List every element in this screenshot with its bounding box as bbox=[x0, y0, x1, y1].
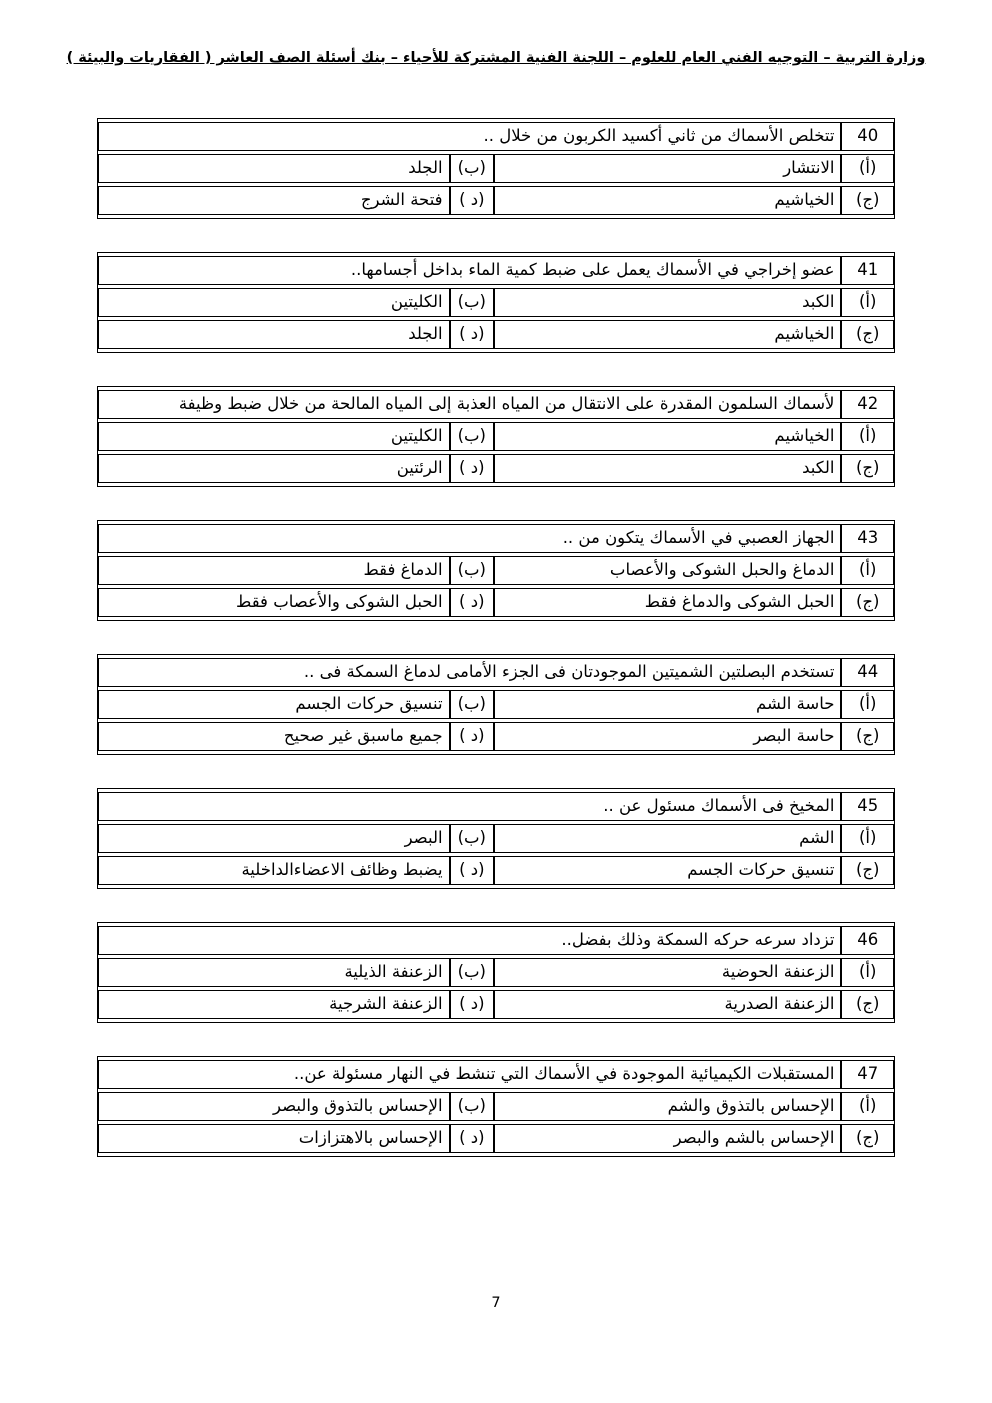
choice-letter-a: (أ) bbox=[841, 422, 894, 451]
choice-letter-d: (د ) bbox=[450, 186, 494, 215]
choices-row: (ج) تنسيق حركات الجسم (د ) يضبط وظائف ال… bbox=[98, 856, 894, 885]
question-number: 40 bbox=[841, 122, 894, 151]
choice-letter-c: (ج) bbox=[841, 454, 894, 483]
choices-row: (ج) الزعنفة الصدرية (د ) الزعنفة الشرجية bbox=[98, 990, 894, 1019]
choice-letter-c: (ج) bbox=[841, 320, 894, 349]
choice-letter-a: (أ) bbox=[841, 958, 894, 987]
choice-text-c: الإحساس بالشم والبصر bbox=[494, 1124, 841, 1153]
choice-text-b: الكليتين bbox=[98, 288, 450, 317]
choice-text-c: الزعنفة الصدرية bbox=[494, 990, 841, 1019]
choices-row: (أ) الكبد (ب) الكليتين bbox=[98, 288, 894, 317]
choice-letter-b: (ب) bbox=[450, 556, 494, 585]
choice-text-c: تنسيق حركات الجسم bbox=[494, 856, 841, 885]
choices-row: (أ) الشم (ب) البصر bbox=[98, 824, 894, 853]
choice-text-d: الإحساس بالاهتزازات bbox=[98, 1124, 450, 1153]
choice-letter-a: (أ) bbox=[841, 556, 894, 585]
document-page: وزارة التربية – التوجيه الفني العام للعل… bbox=[0, 0, 992, 1403]
choice-letter-d: (د ) bbox=[450, 454, 494, 483]
question-text: المستقبلات الكيميائية الموجودة في الأسما… bbox=[98, 1060, 841, 1089]
choice-letter-c: (ج) bbox=[841, 1124, 894, 1153]
choice-letter-a: (أ) bbox=[841, 1092, 894, 1121]
choices-row: (ج) الخياشيم (د ) فتحة الشرج bbox=[98, 186, 894, 215]
choice-text-a: الانتشار bbox=[494, 154, 841, 183]
choice-letter-b: (ب) bbox=[450, 690, 494, 719]
choice-text-a: الكبد bbox=[494, 288, 841, 317]
choices-row: (ج) الإحساس بالشم والبصر (د ) الإحساس با… bbox=[98, 1124, 894, 1153]
choice-text-c: الخياشيم bbox=[494, 320, 841, 349]
choice-text-a: حاسة الشم bbox=[494, 690, 841, 719]
question-header-row: 47 المستقبلات الكيميائية الموجودة في الأ… bbox=[98, 1060, 894, 1089]
question-text: المخيخ فى الأسماك مسئول عن .. bbox=[98, 792, 841, 821]
choice-letter-a: (أ) bbox=[841, 690, 894, 719]
document-header: وزارة التربية – التوجيه الفني العام للعل… bbox=[0, 50, 992, 66]
choice-text-b: الزعنفة الذيلية bbox=[98, 958, 450, 987]
choice-letter-d: (د ) bbox=[450, 722, 494, 751]
questions-list: 40 تتخلص الأسماك من ثاني أكسيد الكربون م… bbox=[97, 118, 895, 1190]
choice-letter-c: (ج) bbox=[841, 722, 894, 751]
choices-row: (أ) الانتشار (ب) الجلد bbox=[98, 154, 894, 183]
choice-letter-a: (أ) bbox=[841, 154, 894, 183]
question-text: تستخدم البصلتين الشميتين الموجودتان فى ا… bbox=[98, 658, 841, 687]
choice-letter-d: (د ) bbox=[450, 856, 494, 885]
question-table-43: 43 الجهاز العصبي في الأسماك يتكون من .. … bbox=[97, 520, 895, 621]
choices-row: (أ) الزعنفة الحوضية (ب) الزعنفة الذيلية bbox=[98, 958, 894, 987]
choice-letter-c: (ج) bbox=[841, 990, 894, 1019]
question-table-40: 40 تتخلص الأسماك من ثاني أكسيد الكربون م… bbox=[97, 118, 895, 219]
choice-letter-b: (ب) bbox=[450, 1092, 494, 1121]
choices-row: (أ) الدماغ والحبل الشوكى والأعصاب (ب) ال… bbox=[98, 556, 894, 585]
choice-letter-d: (د ) bbox=[450, 320, 494, 349]
question-header-row: 40 تتخلص الأسماك من ثاني أكسيد الكربون م… bbox=[98, 122, 894, 151]
choice-text-c: الحبل الشوكى والدماغ فقط bbox=[494, 588, 841, 617]
choice-text-d: الزعنفة الشرجية bbox=[98, 990, 450, 1019]
choice-text-b: الجلد bbox=[98, 154, 450, 183]
choice-text-a: الخياشيم bbox=[494, 422, 841, 451]
choice-letter-c: (ج) bbox=[841, 856, 894, 885]
question-number: 45 bbox=[841, 792, 894, 821]
choice-letter-b: (ب) bbox=[450, 422, 494, 451]
choice-letter-c: (ج) bbox=[841, 588, 894, 617]
question-number: 41 bbox=[841, 256, 894, 285]
question-text: تتخلص الأسماك من ثاني أكسيد الكربون من خ… bbox=[98, 122, 841, 151]
choice-letter-d: (د ) bbox=[450, 990, 494, 1019]
question-header-row: 46 تزداد سرعه حركه السمكة وذلك بفضل.. bbox=[98, 926, 894, 955]
choice-text-d: الحبل الشوكى والأعصاب فقط bbox=[98, 588, 450, 617]
choices-row: (أ) الإحساس بالتذوق والشم (ب) الإحساس با… bbox=[98, 1092, 894, 1121]
question-header-row: 44 تستخدم البصلتين الشميتين الموجودتان ف… bbox=[98, 658, 894, 687]
choice-text-a: الدماغ والحبل الشوكى والأعصاب bbox=[494, 556, 841, 585]
choices-row: (أ) الخياشيم (ب) الكليتين bbox=[98, 422, 894, 451]
choice-text-b: البصر bbox=[98, 824, 450, 853]
question-number: 43 bbox=[841, 524, 894, 553]
question-text: عضو إخراجي في الأسماك يعمل على ضبط كمية … bbox=[98, 256, 841, 285]
choice-text-c: الكبد bbox=[494, 454, 841, 483]
choices-row: (ج) الخياشيم (د ) الجلد bbox=[98, 320, 894, 349]
question-text: الجهاز العصبي في الأسماك يتكون من .. bbox=[98, 524, 841, 553]
choice-text-b: تنسيق حركات الجسم bbox=[98, 690, 450, 719]
question-table-45: 45 المخيخ فى الأسماك مسئول عن .. (أ) الش… bbox=[97, 788, 895, 889]
question-table-46: 46 تزداد سرعه حركه السمكة وذلك بفضل.. (أ… bbox=[97, 922, 895, 1023]
question-number: 47 bbox=[841, 1060, 894, 1089]
question-text: لأسماك السلمون المقدرة على الانتقال من ا… bbox=[98, 390, 841, 419]
choice-letter-d: (د ) bbox=[450, 588, 494, 617]
question-table-47: 47 المستقبلات الكيميائية الموجودة في الأ… bbox=[97, 1056, 895, 1157]
choice-letter-b: (ب) bbox=[450, 288, 494, 317]
question-text: تزداد سرعه حركه السمكة وذلك بفضل.. bbox=[98, 926, 841, 955]
question-number: 46 bbox=[841, 926, 894, 955]
choice-letter-c: (ج) bbox=[841, 186, 894, 215]
choice-letter-a: (أ) bbox=[841, 824, 894, 853]
choice-text-c: الخياشيم bbox=[494, 186, 841, 215]
choice-text-a: الإحساس بالتذوق والشم bbox=[494, 1092, 841, 1121]
choice-text-b: الكليتين bbox=[98, 422, 450, 451]
choice-text-a: الزعنفة الحوضية bbox=[494, 958, 841, 987]
question-number: 44 bbox=[841, 658, 894, 687]
question-number: 42 bbox=[841, 390, 894, 419]
choice-letter-d: (د ) bbox=[450, 1124, 494, 1153]
choice-letter-b: (ب) bbox=[450, 154, 494, 183]
choices-row: (ج) الحبل الشوكى والدماغ فقط (د ) الحبل … bbox=[98, 588, 894, 617]
choice-letter-b: (ب) bbox=[450, 824, 494, 853]
choice-text-d: الرئتين bbox=[98, 454, 450, 483]
choice-text-d: يضبط وظائف الاعضاءالداخلية bbox=[98, 856, 450, 885]
question-header-row: 43 الجهاز العصبي في الأسماك يتكون من .. bbox=[98, 524, 894, 553]
choice-text-d: فتحة الشرج bbox=[98, 186, 450, 215]
choices-row: (ج) الكبد (د ) الرئتين bbox=[98, 454, 894, 483]
question-table-41: 41 عضو إخراجي في الأسماك يعمل على ضبط كم… bbox=[97, 252, 895, 353]
question-table-44: 44 تستخدم البصلتين الشميتين الموجودتان ف… bbox=[97, 654, 895, 755]
question-table-42: 42 لأسماك السلمون المقدرة على الانتقال م… bbox=[97, 386, 895, 487]
choices-row: (أ) حاسة الشم (ب) تنسيق حركات الجسم bbox=[98, 690, 894, 719]
choice-text-d: جميع ماسبق غير صحيح bbox=[98, 722, 450, 751]
choice-text-b: الدماغ فقط bbox=[98, 556, 450, 585]
choices-row: (ج) حاسة البصر (د ) جميع ماسبق غير صحيح bbox=[98, 722, 894, 751]
page-number: 7 bbox=[0, 1295, 992, 1311]
choice-text-c: حاسة البصر bbox=[494, 722, 841, 751]
choice-letter-a: (أ) bbox=[841, 288, 894, 317]
header-title: وزارة التربية – التوجيه الفني العام للعل… bbox=[67, 50, 926, 66]
choice-letter-b: (ب) bbox=[450, 958, 494, 987]
choice-text-d: الجلد bbox=[98, 320, 450, 349]
question-header-row: 42 لأسماك السلمون المقدرة على الانتقال م… bbox=[98, 390, 894, 419]
question-header-row: 41 عضو إخراجي في الأسماك يعمل على ضبط كم… bbox=[98, 256, 894, 285]
question-header-row: 45 المخيخ فى الأسماك مسئول عن .. bbox=[98, 792, 894, 821]
choice-text-b: الإحساس بالتذوق والبصر bbox=[98, 1092, 450, 1121]
choice-text-a: الشم bbox=[494, 824, 841, 853]
